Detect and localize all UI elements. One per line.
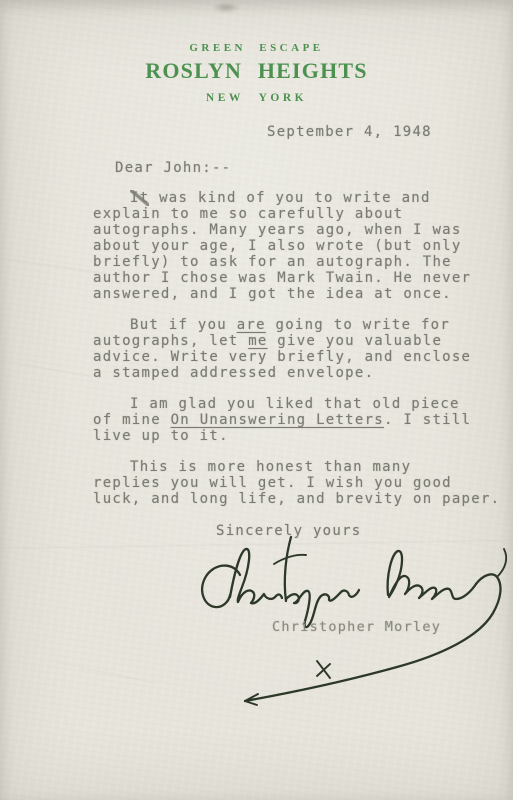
letter-sheet: GREEN ESCAPE ROSLYN HEIGHTS NEW YORK Sep… xyxy=(0,0,513,800)
signature-stroke-flourish xyxy=(245,574,500,701)
text-line: live up to it. xyxy=(93,428,513,444)
text-segment: autographs. Many years ago, when I was xyxy=(93,222,462,238)
text-line: This is more honest than many xyxy=(93,459,513,475)
text-line: briefly) to ask for an autograph. The xyxy=(93,254,513,270)
paragraph: This is more honest than manyreplies you… xyxy=(93,459,513,507)
text-segment: answered, and I got the idea at once. xyxy=(93,286,452,302)
text-line: But if you are going to write for xyxy=(93,317,513,333)
text-segment: explain to me so carefully about xyxy=(93,206,403,222)
text-segment: I am glad you liked that old piece xyxy=(130,396,460,412)
text-line: autographs. Many years ago, when I was xyxy=(93,222,513,238)
text-segment: of mine xyxy=(93,412,171,428)
signature-stroke-morley xyxy=(388,551,476,599)
underlined-text: me xyxy=(248,333,267,349)
text-line: answered, and I got the idea at once. xyxy=(93,286,513,302)
text-segment: luck, and long life, and brevity on pape… xyxy=(93,491,500,507)
text-line: advice. Write very briefly, and enclose xyxy=(93,349,513,365)
text-line: explain to me so carefully about xyxy=(93,206,513,222)
text-line: luck, and long life, and brevity on pape… xyxy=(93,491,513,507)
text-line: I am glad you liked that old piece xyxy=(93,396,513,412)
text-segment: was kind of you to write and xyxy=(149,190,430,206)
paper-crease xyxy=(62,663,156,685)
text-segment: advice. Write very briefly, and enclose xyxy=(93,349,471,365)
signature-x-mark xyxy=(317,661,330,678)
paper-crease xyxy=(0,258,107,275)
text-segment: about your age, I also wrote (but only xyxy=(93,238,462,254)
text-line: a stamped addressed envelope. xyxy=(93,365,513,381)
underlined-text: are xyxy=(237,317,266,333)
date-line: September 4, 1948 xyxy=(267,124,432,140)
text-segment: give you valuable xyxy=(268,333,443,349)
text-segment: But if you xyxy=(130,317,237,333)
text-segment: going to write for xyxy=(266,317,450,333)
text-segment: . I still xyxy=(384,412,471,428)
signature-stroke-upcurl xyxy=(497,549,506,577)
text-segment: live up to it. xyxy=(93,428,229,444)
text-line: of mine On Unanswering Letters. I still xyxy=(93,412,513,428)
signature-stroke-hris xyxy=(230,549,282,603)
salutation: Dear John:-- xyxy=(115,160,231,176)
text-line: autographs, let me give you valuable xyxy=(93,333,513,349)
text-line: replies you will get. I wish you good xyxy=(93,475,513,491)
underlined-text: On Unanswering Letters xyxy=(171,412,384,428)
letterhead-estate-name: GREEN ESCAPE xyxy=(0,42,513,54)
text-line: about your age, I also wrote (but only xyxy=(93,238,513,254)
paragraph: I am glad you liked that old pieceof min… xyxy=(93,396,513,444)
paragraph: It was kind of you to write andexplain t… xyxy=(93,190,513,302)
text-segment: replies you will get. I wish you good xyxy=(93,475,452,491)
text-segment: author I chose was Mark Twain. He never xyxy=(93,270,471,286)
text-line: It was kind of you to write and xyxy=(93,190,513,206)
signature-stroke-t-stem xyxy=(285,537,291,601)
text-segment: It xyxy=(130,190,149,206)
letterhead-state: NEW YORK xyxy=(0,92,513,104)
paragraph: But if you are going to write forautogra… xyxy=(93,317,513,381)
text-segment: a stamped addressed envelope. xyxy=(93,365,374,381)
paper-smudge xyxy=(212,2,240,13)
text-segment: autographs, let xyxy=(93,333,248,349)
letter-body: It was kind of you to write andexplain t… xyxy=(93,190,513,522)
typed-signature-name: Christopher Morley xyxy=(272,619,441,635)
text-segment: This is more honest than many xyxy=(130,459,411,475)
signature-stroke-t-crossbar xyxy=(274,555,306,564)
text-line: author I chose was Mark Twain. He never xyxy=(93,270,513,286)
letterhead-city: ROSLYN HEIGHTS xyxy=(0,58,513,84)
text-segment: briefly) to ask for an autograph. The xyxy=(93,254,452,270)
paper-crease xyxy=(0,360,91,378)
